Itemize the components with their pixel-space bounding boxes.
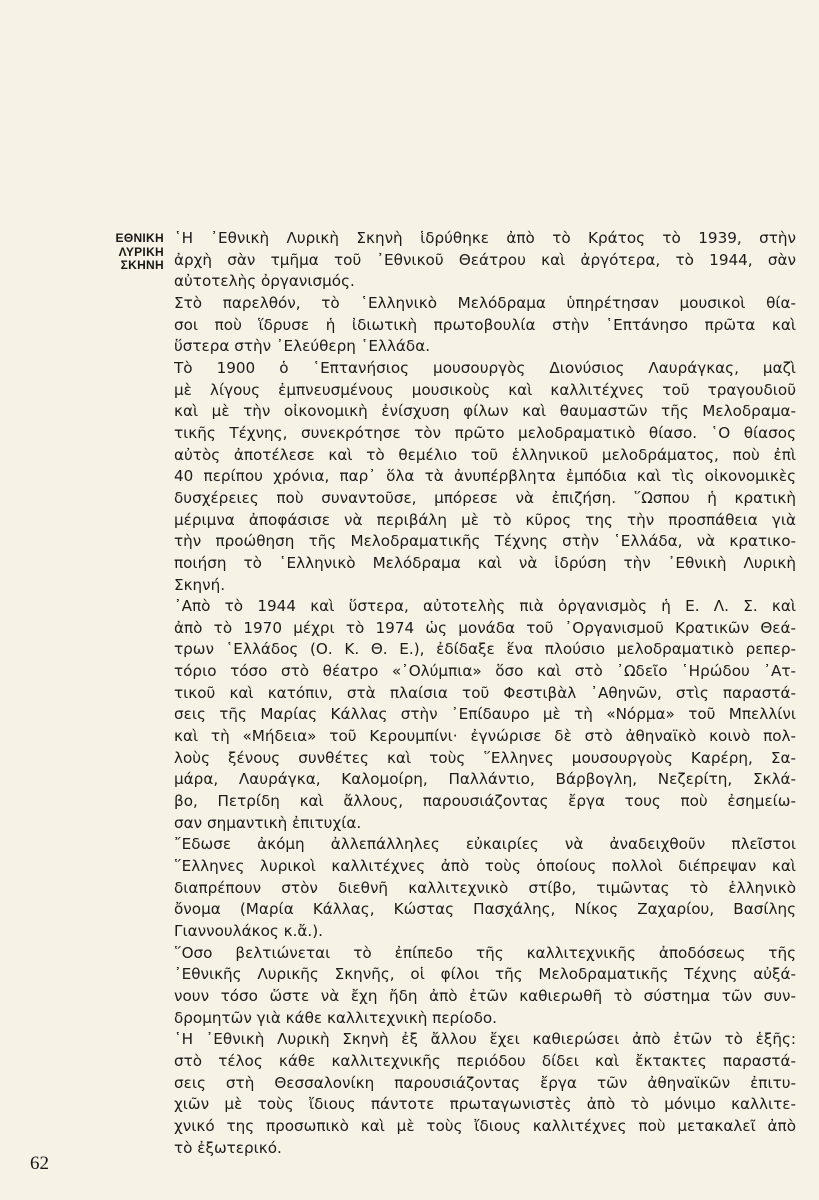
text-line: σεις τῆς Μαρίας Κάλλας στὴν ᾿Επίδαυρο μὲ… (174, 704, 796, 726)
text-line: ῾Η ᾿Εθνικὴ Λυρικὴ Σκηνὴ ἱδρύθηκε ἀπὸ τὸ … (174, 228, 796, 250)
paragraph: ῎Εδωσε ἀκόμη ἀλλεπάλληλες εὐκαιρίες νὰ ἀ… (174, 834, 796, 942)
text-line: σεις στὴ Θεσσαλονίκη παρουσιάζοντας ἔργα… (174, 1073, 796, 1095)
text-line: ἀπὸ τὸ 1970 μέχρι τὸ 1974 ὡς μονάδα τοῦ … (174, 618, 796, 640)
text-line: τὸ ἐξωτερικό. (174, 1138, 796, 1160)
text-line: ῎Εδωσε ἀκόμη ἀλλεπάλληλες εὐκαιρίες νὰ ἀ… (174, 834, 796, 856)
text-line: ῾Η ᾿Εθνικὴ Λυρικὴ Σκηνὴ ἐξ ἄλλου ἔχει κα… (174, 1029, 796, 1051)
text-line: νουν τόσο ὥστε νὰ ἔχη ἤδη ἀπὸ ἐτῶν καθιε… (174, 986, 796, 1008)
text-line: ποιήση τὸ ῾Ελληνικὸ Μελόδραμα καὶ νὰ ἱδρ… (174, 553, 796, 575)
section-heading-line: ΣΚΗΝΗ (100, 259, 164, 273)
text-line: Τὸ 1900 ὁ ῾Επτανήσιος μουσουργὸς Διονύσι… (174, 358, 796, 380)
text-line: δυσχέρειες ποὺ συναντοῦσε, μπόρεσε νὰ ἐπ… (174, 488, 796, 510)
text-line: τικοῦ καὶ κατόπιν, στὰ πλαίσια τοῦ Φεστι… (174, 683, 796, 705)
text-line: 40 περίπου χρόνια, παρ᾿ ὅλα τὰ ἀνυπέρβλη… (174, 466, 796, 488)
text-line: τὴν προώθηση τῆς Μελοδραματικῆς Τέχνης σ… (174, 531, 796, 553)
body-text: ῾Η ᾿Εθνικὴ Λυρικὴ Σκηνὴ ἱδρύθηκε ἀπὸ τὸ … (174, 228, 796, 1159)
text-line: σαν σημαντικὴ ἐπιτυχία. (174, 813, 796, 835)
text-line: στὸ τέλος κάθε καλλιτεχνικῆς περιόδου δί… (174, 1051, 796, 1073)
text-line: ᾿Απὸ τὸ 1944 καὶ ὕστερα, αὐτοτελὴς πιὰ ὀ… (174, 596, 796, 618)
text-line: Γιαννουλάκος κ.ἄ.). (174, 921, 796, 943)
paragraph: ῞Οσο βελτιώνεται τὸ ἐπίπεδο τῆς καλλιτεχ… (174, 943, 796, 1030)
paragraph: Τὸ 1900 ὁ ῾Επτανήσιος μουσουργὸς Διονύσι… (174, 358, 796, 596)
text-line: χιῶν μὲ τοὺς ἴδιους πάντοτε πρωταγωνιστὲ… (174, 1094, 796, 1116)
text-line: μέριμνα ἀποφάσισε νὰ περιβάλη μὲ τὸ κῦρο… (174, 510, 796, 532)
text-line: Στὸ παρελθόν, τὸ ῾Ελληνικὸ Μελόδραμα ὑπη… (174, 293, 796, 315)
text-line: Σκηνή. (174, 575, 796, 597)
text-line: καὶ μὲ τὴν οἰκονομικὴ ἐνίσχυση φίλων καὶ… (174, 401, 796, 423)
text-line: αὐτὸς ἀποτέλεσε καὶ τὸ θεμέλιο τοῦ ἑλλην… (174, 445, 796, 467)
text-line: μάρα, Λαυράγκα, Καλομοίρη, Παλλάντιο, Βά… (174, 769, 796, 791)
text-line: ὕστερα στὴν ᾿Ελεύθερη ῾Ελλάδα. (174, 336, 796, 358)
text-line: βο, Πετρίδη καὶ ἄλλους, παρουσιάζοντας ἔ… (174, 791, 796, 813)
text-line: ῞Οσο βελτιώνεται τὸ ἐπίπεδο τῆς καλλιτεχ… (174, 943, 796, 965)
text-line: ῞Ελληνες λυρικοὶ καλλιτέχνες ἀπὸ τοὺς ὁπ… (174, 856, 796, 878)
paragraph: ῾Η ᾿Εθνικὴ Λυρικὴ Σκηνὴ ἐξ ἄλλου ἔχει κα… (174, 1029, 796, 1159)
text-line: μὲ λίγους ἐμπνευσμένους μουσικοὺς καὶ κα… (174, 380, 796, 402)
page-number: 62 (30, 1153, 49, 1175)
book-page: ΕΘΝΙΚΗ ΛΥΡΙΚΗ ΣΚΗΝΗ ῾Η ᾿Εθνικὴ Λυρικὴ Σκ… (0, 0, 819, 1200)
text-line: τρων ῾Ελλάδος (Ο. Κ. Θ. Ε.), ἐδίδαξε ἕνα… (174, 639, 796, 661)
paragraph: ᾿Απὸ τὸ 1944 καὶ ὕστερα, αὐτοτελὴς πιὰ ὀ… (174, 596, 796, 834)
text-line: ὄνομα (Μαρία Κάλλας, Κώστας Πασχάλης, Νί… (174, 899, 796, 921)
section-heading: ΕΘΝΙΚΗ ΛΥΡΙΚΗ ΣΚΗΝΗ (100, 232, 164, 273)
text-line: διαπρέπουν στὸν διεθνῆ καλλιτεχνικὸ στίβ… (174, 878, 796, 900)
text-line: σοι ποὺ ἵδρυσε ἡ ἰδιωτικὴ πρωτοβουλία στ… (174, 315, 796, 337)
text-line: δρομητῶν γιὰ κάθε καλλιτεχνικὴ περίοδο. (174, 1008, 796, 1030)
text-line: τόριο τόσο στὸ θέατρο «᾿Ολύμπια» ὅσο καὶ… (174, 661, 796, 683)
text-line: καὶ τὴ «Μήδεια» τοῦ Κερουμπίνι· ἐγνώρισε… (174, 726, 796, 748)
paragraph: Στὸ παρελθόν, τὸ ῾Ελληνικὸ Μελόδραμα ὑπη… (174, 293, 796, 358)
text-line: ᾿Εθνικῆς Λυρικῆς Σκηνῆς, οἱ φίλοι τῆς Με… (174, 964, 796, 986)
section-heading-line: ΕΘΝΙΚΗ (100, 232, 164, 246)
text-line: ἀρχὴ σὰν τμῆμα τοῦ ᾿Εθνικοῦ Θεάτρου καὶ … (174, 250, 796, 272)
text-line: χνικό της προσωπικὸ καὶ μὲ τοὺς ἴδιους κ… (174, 1116, 796, 1138)
section-heading-line: ΛΥΡΙΚΗ (100, 246, 164, 260)
text-line: αὐτοτελὴς ὀργανισμός. (174, 271, 796, 293)
text-line: τικῆς Τέχνης, συνεκρότησε τὸν πρῶτο μελο… (174, 423, 796, 445)
text-line: λοὺς ξένους συνθέτες καὶ τοὺς ῞Ελληνες μ… (174, 748, 796, 770)
paragraph: ῾Η ᾿Εθνικὴ Λυρικὴ Σκηνὴ ἱδρύθηκε ἀπὸ τὸ … (174, 228, 796, 293)
